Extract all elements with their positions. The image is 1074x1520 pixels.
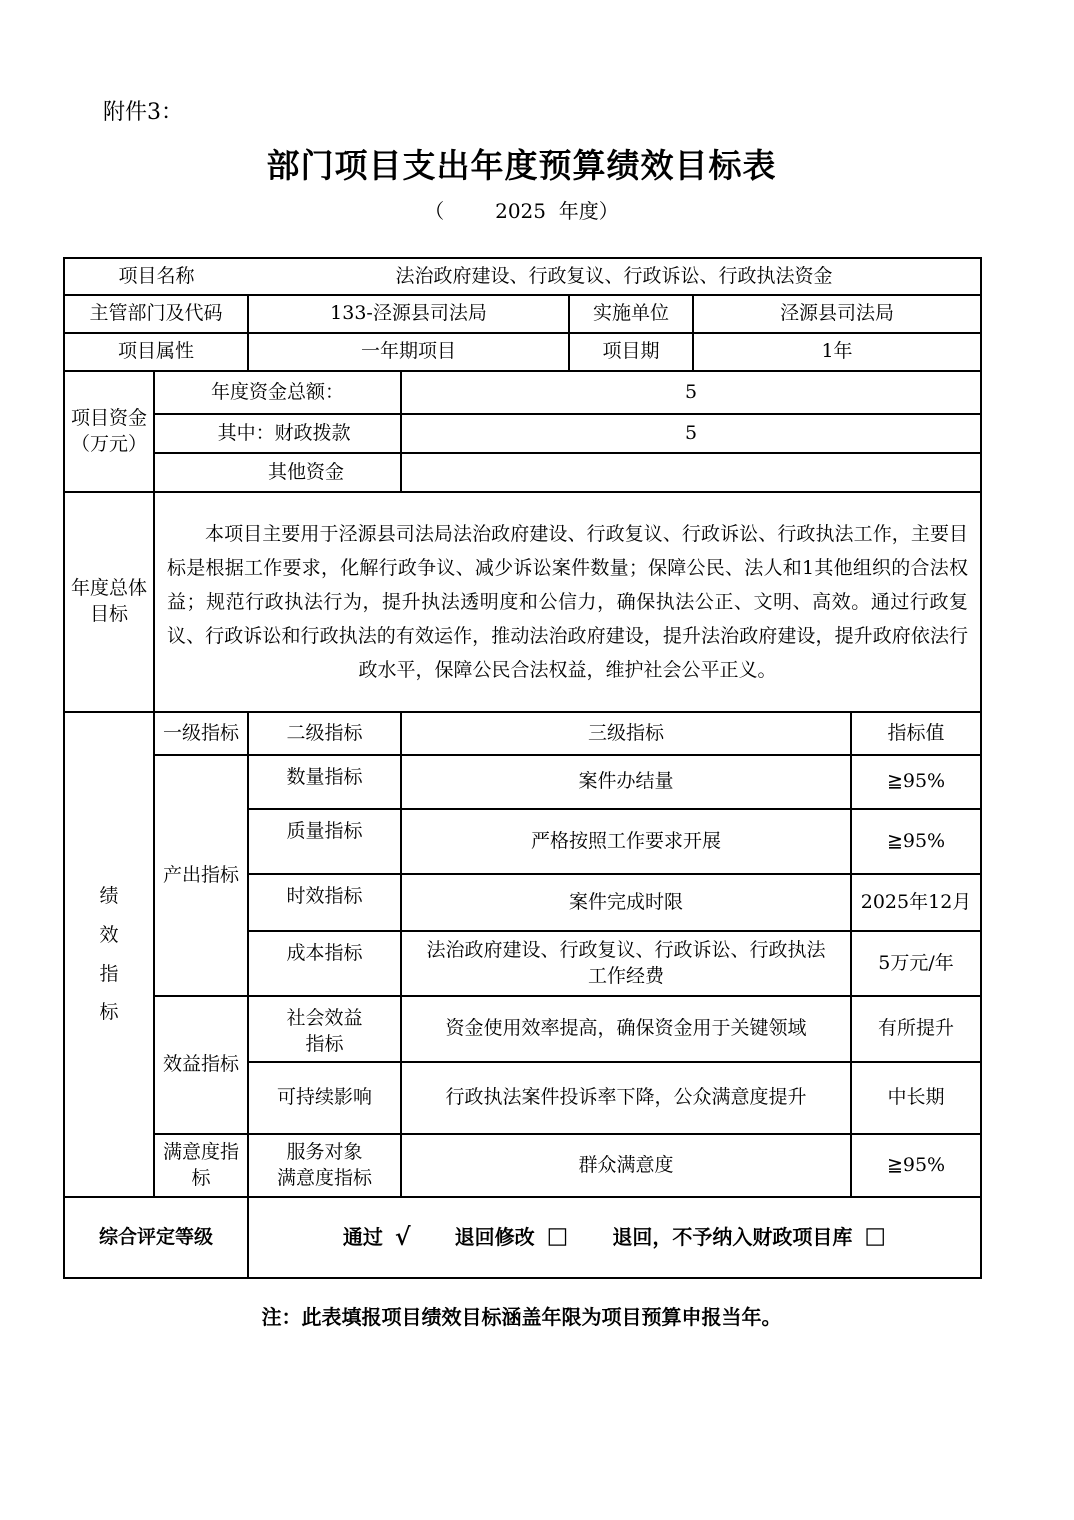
attr-value: 一年期项目 bbox=[248, 333, 569, 371]
rating-option-pass-label: 通过 bbox=[343, 1224, 383, 1251]
quantity-value: ≧95% bbox=[851, 755, 981, 809]
indicators-side-label: 绩 效 指 标 bbox=[64, 712, 154, 1197]
row-attribute: 项目属性 一年期项目 项目期 1年 bbox=[64, 333, 981, 371]
quantity-label: 数量指标 bbox=[248, 755, 401, 809]
group-benefit-label: 效益指标 bbox=[154, 996, 248, 1134]
satisfaction-value: ≧95% bbox=[851, 1134, 981, 1197]
project-name-label: 项目名称 bbox=[64, 258, 248, 295]
funds-other-value bbox=[401, 453, 981, 492]
rating-options: 通过 √ 退回修改 □ 退回，不予纳入财政项目库 □ bbox=[255, 1221, 974, 1253]
page-title: 部门项目支出年度预算绩效目标表 bbox=[63, 140, 980, 187]
page-subtitle: （ 2025 年度） bbox=[63, 195, 980, 224]
funds-total-value: 5 bbox=[401, 371, 981, 414]
group-output-label: 产出指标 bbox=[154, 755, 248, 996]
quantity-l3: 案件办结量 bbox=[401, 755, 851, 809]
group-satisfaction-label: 满意度指标 bbox=[154, 1134, 248, 1197]
footer-note: 注：此表填报项目绩效目标涵盖年限为项目预算申报当年。 bbox=[63, 1301, 980, 1330]
annual-goal-label: 年度总体 目标 bbox=[64, 492, 154, 712]
social-benefit-value: 有所提升 bbox=[851, 996, 981, 1062]
annual-goal-cell: 本项目主要用于泾源县司法局法治政府建设、行政复议、行政诉讼、行政执法工作，主要目… bbox=[154, 492, 981, 712]
impl-unit-label: 实施单位 bbox=[569, 295, 693, 333]
attachment-label: 附件3： bbox=[103, 0, 980, 126]
row-funds-other: 其他资金 bbox=[64, 453, 981, 492]
service-target-label: 服务对象 满意度指标 bbox=[248, 1134, 401, 1197]
funds-other-label: 其他资金 bbox=[154, 453, 401, 492]
row-output-quantity: 产出指标 数量指标 案件办结量 ≧95% bbox=[64, 755, 981, 809]
sustain-label: 可持续影响 bbox=[248, 1062, 401, 1134]
row-funds-total: 项目资金 （万元） 年度资金总额： 5 bbox=[64, 371, 981, 414]
header-level1: 一级指标 bbox=[154, 712, 248, 755]
header-value: 指标值 bbox=[851, 712, 981, 755]
rating-option-reject-label: 退回，不予纳入财政项目库 bbox=[612, 1224, 852, 1251]
timeliness-label: 时效指标 bbox=[248, 874, 401, 931]
quality-label: 质量指标 bbox=[248, 809, 401, 874]
social-benefit-label: 社会效益 指标 bbox=[248, 996, 401, 1062]
sustain-value: 中长期 bbox=[851, 1062, 981, 1134]
budget-performance-table: 项目名称 法治政府建设、行政复议、行政诉讼、行政执法资金 主管部门及代码 133… bbox=[63, 257, 982, 1279]
rating-option-revise: 退回修改 □ bbox=[455, 1222, 569, 1253]
row-funds-fiscal: 其中：财政拨款 5 bbox=[64, 414, 981, 453]
impl-unit-value: 泾源县司法局 bbox=[693, 295, 981, 333]
cost-label: 成本指标 bbox=[248, 931, 401, 996]
project-name-value: 法治政府建设、行政复议、行政诉讼、行政执法资金 bbox=[248, 258, 981, 295]
document-page: 附件3： 部门项目支出年度预算绩效目标表 （ 2025 年度） 项目名称 法治政… bbox=[0, 0, 1074, 1520]
annual-goal-text: 本项目主要用于泾源县司法局法治政府建设、行政复议、行政诉讼、行政执法工作，主要目… bbox=[167, 517, 968, 688]
period-value: 1年 bbox=[693, 333, 981, 371]
attr-label: 项目属性 bbox=[64, 333, 248, 371]
rating-option-pass: 通过 √ bbox=[343, 1221, 411, 1253]
header-level2: 二级指标 bbox=[248, 712, 401, 755]
row-rating: 综合评定等级 通过 √ 退回修改 □ 退回 bbox=[64, 1197, 981, 1278]
cost-l3: 法治政府建设、行政复议、行政诉讼、行政执法 工作经费 bbox=[401, 931, 851, 996]
page-content: 附件3： 部门项目支出年度预算绩效目标表 （ 2025 年度） 项目名称 法治政… bbox=[63, 0, 980, 1330]
funds-total-label: 年度资金总额： bbox=[154, 371, 401, 414]
satisfaction-l3: 群众满意度 bbox=[401, 1134, 851, 1197]
row-annual-goal: 年度总体 目标 本项目主要用于泾源县司法局法治政府建设、行政复议、行政诉讼、行政… bbox=[64, 492, 981, 712]
header-level3: 三级指标 bbox=[401, 712, 851, 755]
timeliness-l3: 案件完成时限 bbox=[401, 874, 851, 931]
row-department: 主管部门及代码 133-泾源县司法局 实施单位 泾源县司法局 bbox=[64, 295, 981, 333]
timeliness-value: 2025年12月 bbox=[851, 874, 981, 931]
dept-label: 主管部门及代码 bbox=[64, 295, 248, 333]
rating-cell: 通过 √ 退回修改 □ 退回，不予纳入财政项目库 □ bbox=[248, 1197, 981, 1278]
row-project-name: 项目名称 法治政府建设、行政复议、行政诉讼、行政执法资金 bbox=[64, 258, 981, 295]
checkbox-empty-icon: □ bbox=[864, 1221, 886, 1252]
social-benefit-l3: 资金使用效率提高，确保资金用于关键领域 bbox=[401, 996, 851, 1062]
funds-group-label: 项目资金 （万元） bbox=[64, 371, 154, 492]
cost-value: 5万元/年 bbox=[851, 931, 981, 996]
rating-option-reject: 退回，不予纳入财政项目库 □ bbox=[612, 1222, 886, 1253]
quality-l3: 严格按照工作要求开展 bbox=[401, 809, 851, 874]
row-benefit-social: 效益指标 社会效益 指标 资金使用效率提高，确保资金用于关键领域 有所提升 bbox=[64, 996, 981, 1062]
sustain-l3: 行政执法案件投诉率下降，公众满意度提升 bbox=[401, 1062, 851, 1134]
checkbox-empty-icon: □ bbox=[547, 1221, 569, 1252]
quality-value: ≧95% bbox=[851, 809, 981, 874]
period-label: 项目期 bbox=[569, 333, 693, 371]
funds-fiscal-label: 其中：财政拨款 bbox=[154, 414, 401, 453]
rating-label: 综合评定等级 bbox=[64, 1197, 248, 1278]
row-satisfaction: 满意度指标 服务对象 满意度指标 群众满意度 ≧95% bbox=[64, 1134, 981, 1197]
dept-value: 133-泾源县司法局 bbox=[248, 295, 569, 333]
rating-option-revise-label: 退回修改 bbox=[455, 1224, 535, 1251]
check-mark-icon: √ bbox=[395, 1221, 411, 1253]
funds-fiscal-value: 5 bbox=[401, 414, 981, 453]
row-indicator-header: 绩 效 指 标 一级指标 二级指标 三级指标 指标值 bbox=[64, 712, 981, 755]
